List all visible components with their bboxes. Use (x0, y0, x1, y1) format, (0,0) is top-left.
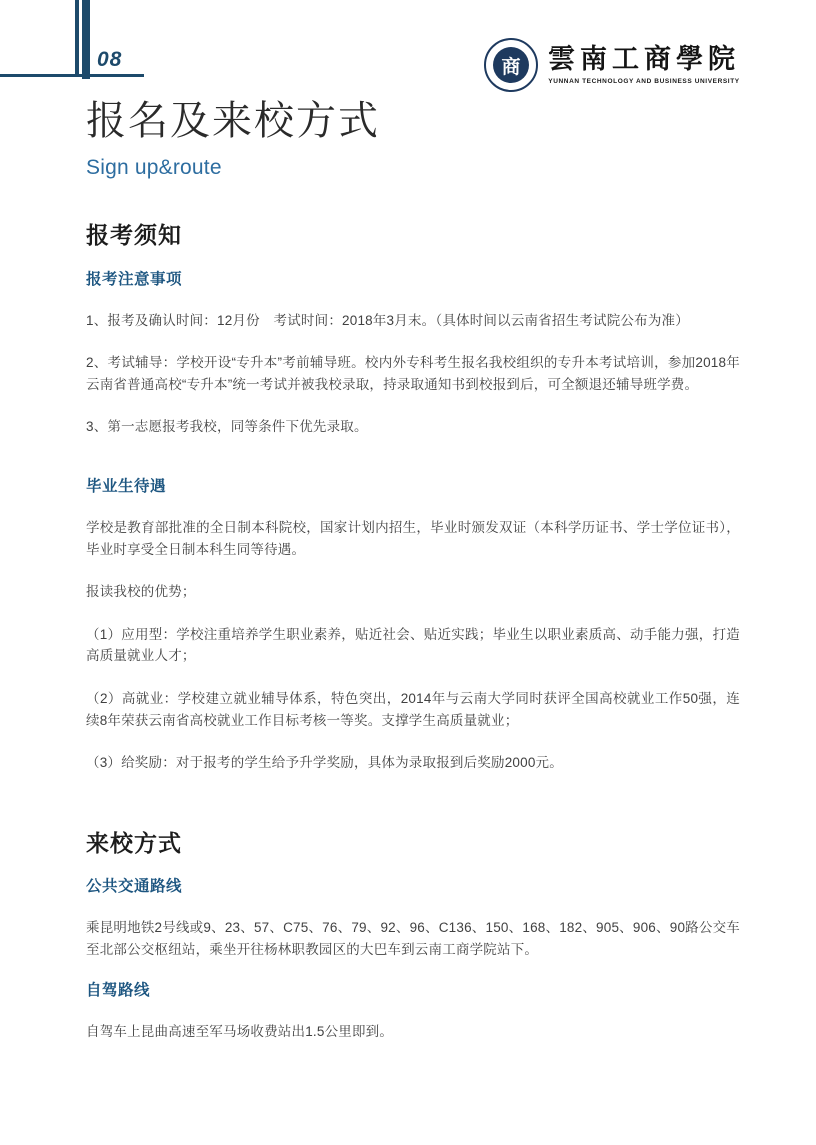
brochure-page: 08 商 雲南工商學院 YUNNAN TECHNOLOGY AND BUSINE… (0, 0, 816, 1145)
subsection-heading-public-transport: 公共交通路线 (86, 874, 740, 896)
body-paragraph: 学校是教育部批准的全日制本科院校，国家计划内招生，毕业时颁发双证（本科学历证书、… (86, 517, 740, 560)
body-paragraph: （3）给奖励：对于报考的学生给予升学奖励，具体为录取报到后奖励2000元。 (86, 752, 740, 774)
subsection-heading-application-notes: 报考注意事项 (86, 267, 740, 289)
page-subtitle: Sign up&route (86, 156, 740, 180)
body-paragraph: 3、第一志愿报考我校，同等条件下优先录取。 (86, 416, 740, 438)
section-heading-route-to-school: 来校方式 (86, 830, 740, 858)
page-title: 报名及来校方式 (86, 98, 740, 144)
section-heading-application-notice: 报考须知 (86, 222, 740, 250)
body-paragraph: （2）高就业：学校建立就业辅导体系，特色突出，2014年与云南大学同时获评全国高… (86, 688, 740, 731)
body-paragraph: 1、报考及确认时间：12月份 考试时间：2018年3月末。（具体时间以云南省招生… (86, 310, 740, 332)
page-content: 报名及来校方式 Sign up&route 报考须知 报考注意事项 1、报考及确… (0, 0, 816, 1042)
body-paragraph: 自驾车上昆曲高速至军马场收费站出1.5公里即到。 (86, 1021, 740, 1043)
body-paragraph: 乘昆明地铁2号线或9、23、57、C75、76、79、92、96、C136、15… (86, 917, 740, 960)
subsection-heading-self-driving: 自驾路线 (86, 978, 740, 1000)
body-paragraph: （1）应用型：学校注重培养学生职业素养，贴近社会、贴近实践；毕业生以职业素质高、… (86, 624, 740, 667)
body-paragraph: 报读我校的优势； (86, 581, 740, 603)
subsection-heading-graduate-benefits: 毕业生待遇 (86, 474, 740, 496)
body-paragraph: 2、考试辅导：学校开设“专升本”考前辅导班。校内外专科考生报名我校组织的专升本考… (86, 352, 740, 395)
